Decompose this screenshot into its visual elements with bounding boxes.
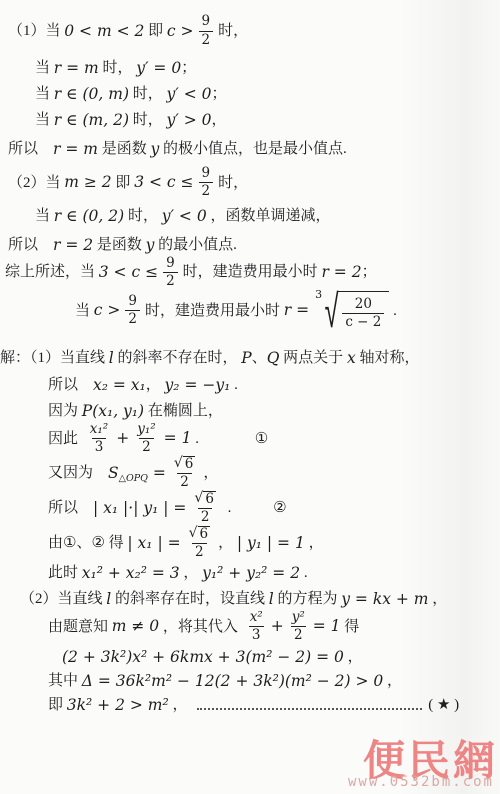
text-line: 此时 x₁² + x₂² = 3 ， y₁² + y₂² = 2 . (0, 563, 500, 584)
fraction-numerator: √6 (191, 491, 219, 509)
text-run: 当 (35, 84, 54, 104)
text-run: 所以 (48, 498, 93, 518)
text-run: 即 (48, 695, 67, 715)
text-run: 轴对称， (356, 348, 420, 368)
text-run: （2）当直线 (20, 589, 106, 609)
text-run: 时，建造费用最小时 (145, 301, 284, 321)
math-fraction: x₁²3 (87, 422, 111, 456)
text-line: 解：（1）当直线 l 的斜率不存在时， P、Q 两点关于 x 轴对称， (0, 348, 500, 369)
math-run: = 1 (164, 428, 192, 449)
math-fraction: x²3 (247, 610, 266, 644)
math-run: | y₁ | = 1 (237, 533, 305, 554)
text-line: 因为 P(x₁, y₁) 在椭圆上， (0, 401, 500, 422)
text-line: 当 r ∈ (0, 2) 时， y′ < 0 ，函数单调递减， (0, 206, 500, 227)
math-run: r = (284, 300, 309, 321)
math-run: c > (167, 21, 194, 42)
text-run: ； (362, 262, 377, 282)
math-run: r = 2 (53, 235, 93, 256)
math-fraction: 20c − 2 (342, 297, 384, 331)
math-fraction: √62 (191, 491, 219, 526)
text-line: 当 c >92时，建造费用最小时 r =3√20c − 2 . (0, 290, 500, 332)
math-run: Δ = 36k²m² − 12(2 + 3k²)(m² − 2) > 0 (82, 671, 384, 692)
text-run: ， (169, 695, 192, 715)
document-page: （1）当 0 < m < 2 即 c >92时，当 r = m 时， y′ = … (0, 0, 500, 794)
fraction-denominator: 2 (198, 508, 213, 526)
text-run: 时， (218, 173, 248, 193)
math-run: = 1 (313, 616, 341, 637)
math-run: y² (292, 610, 305, 626)
text-run: 由①、② 得 (48, 533, 127, 553)
math-run: r ∈ (0, 2) (54, 206, 124, 227)
solution-text: （1）当 0 < m < 2 即 c >92时，当 r = m 时， y′ = … (0, 14, 500, 715)
fraction-numerator: x₁² (87, 422, 111, 439)
text-run: . (191, 429, 202, 449)
text-run: 的方程为 (274, 589, 342, 609)
text-run: （2）当 (8, 173, 64, 193)
square-root: √6 (174, 456, 196, 473)
math-run: 0 < m < 2 (64, 21, 144, 42)
fraction-denominator: 2 (199, 182, 214, 200)
text-run: 时， (129, 84, 167, 104)
math-run: x₂ = x₁ (93, 375, 146, 396)
math-run: S (108, 463, 119, 484)
math-run: r = m (54, 58, 99, 79)
math-run: y (150, 139, 159, 160)
text-run: 的极小值点，也是最小值点. (159, 139, 347, 159)
radical-sign-icon: √ (194, 491, 203, 506)
text-run: 当 (35, 110, 54, 130)
text-run: . (389, 301, 397, 321)
math-run: r = 2 (321, 262, 361, 283)
math-run: y₁² (137, 422, 155, 438)
math-run: | x₁ |·| y₁ | = (93, 498, 186, 519)
fraction-numerator: x² (247, 610, 266, 627)
math-run: 3 < c ≤ (99, 262, 158, 283)
text-line: 由题意知 m ≠ 0 ，将其代入 x²3+y²2= 1 得 (0, 610, 500, 644)
text-run: 是函数 (98, 139, 151, 159)
text-line: 所以 x₂ = x₁， y₂ = −y₁ . (0, 375, 500, 396)
math-run: + (116, 428, 129, 449)
fraction-numerator: y² (289, 610, 308, 627)
text-run: 的斜率存在时，设直线 (111, 589, 269, 609)
text-run: 由题意知 (48, 617, 112, 637)
text-run: 所以 (48, 375, 93, 395)
text-run: 当 (75, 301, 94, 321)
radical-sign-icon: √ (174, 456, 183, 471)
text-line: （2）当直线 l 的斜率存在时，设直线 l 的方程为 y = kx + m ， (0, 589, 500, 610)
text-run: ； (181, 58, 196, 78)
root-index: 3 (315, 288, 322, 303)
fraction-denominator: 2 (177, 473, 192, 491)
fraction-numerator: 20 (352, 297, 375, 314)
text-run: ， (203, 463, 218, 483)
math-run: P (241, 348, 251, 369)
text-run: 所以 (8, 139, 53, 159)
fraction-numerator: 9 (125, 294, 140, 311)
text-line: 即 3k² + 2 > m² ， ( ★ ) (0, 695, 500, 716)
text-run: 因为 (48, 401, 82, 421)
math-run: x² (250, 610, 263, 626)
text-run: 又因为 (48, 463, 108, 483)
text-run: ( ★ ) (428, 695, 459, 715)
text-run: 的最小值点. (154, 235, 237, 255)
text-run: 当 (35, 206, 54, 226)
fraction-denominator: 3 (92, 438, 107, 456)
watermark-url: www.0532bm.com (348, 774, 494, 790)
math-fraction: y₁²2 (134, 422, 158, 456)
text-line: 因此 x₁²3+y₁²2= 1 . ① (0, 422, 500, 456)
math-run: r = m (53, 139, 98, 160)
text-run: 时， (129, 110, 167, 130)
text-run: ， (212, 110, 227, 130)
math-run: | x₁ | = (127, 533, 180, 554)
radicand: 6 (198, 526, 211, 543)
fraction-numerator: √6 (186, 526, 214, 544)
text-run: 解：（1）当直线 (0, 348, 109, 368)
text-run: ， (344, 647, 363, 667)
text-run: （1）当 (8, 21, 64, 41)
text-line: 所以 r = 2 是函数 y 的最小值点. (0, 235, 500, 256)
math-run: y = kx + m (341, 589, 428, 610)
text-run: ， (429, 589, 448, 609)
math-fraction: √62 (186, 526, 214, 561)
text-line: 由①、② 得 | x₁ | =√62， | y₁ | = 1 ， (0, 526, 500, 561)
text-run: . (300, 563, 308, 583)
text-run: ， (180, 563, 203, 583)
text-run: 其中 (48, 671, 82, 691)
text-run: 综上所述，当 (5, 262, 99, 282)
text-line: 所以 r = m 是函数 y 的极小值点，也是最小值点. (0, 139, 500, 160)
fraction-denominator: 2 (192, 543, 207, 561)
text-run: 、 (252, 348, 267, 368)
fraction-numerator: y₁² (134, 422, 158, 439)
fraction-denominator: c − 2 (342, 313, 384, 331)
text-run: 时， (99, 58, 137, 78)
text-line: 当 r ∈ (m, 2) 时， y′ > 0， (0, 110, 500, 131)
math-run: y′ > 0 (167, 110, 212, 131)
fraction-denominator: 2 (163, 272, 178, 290)
text-run: ， (218, 533, 237, 553)
math-run: x (347, 348, 356, 369)
fraction-numerator: 9 (199, 14, 214, 31)
text-run: ① (255, 429, 268, 449)
text-run: ② (273, 498, 286, 518)
square-root: √6 (194, 491, 216, 508)
math-run: y₁² + y₂² = 2 (202, 563, 300, 584)
math-fraction: 92 (199, 14, 214, 48)
math-run: c > (94, 300, 121, 321)
text-run: 因此 (48, 429, 82, 449)
math-run: y₂ = −y₁ (165, 375, 231, 396)
math-run: y (146, 235, 155, 256)
radical-sign-icon: √ (189, 526, 198, 541)
text-line: 当 r = m 时， y′ = 0； (0, 58, 500, 79)
text-run: ， (383, 671, 402, 691)
radicand: 6 (203, 491, 216, 508)
math-run: (2 + 3k²)x² + 6kmx + 3(m² − 2) = 0 (62, 647, 344, 668)
text-run: 时， (124, 206, 162, 226)
math-run: r ∈ (m, 2) (54, 110, 129, 131)
math-subscript: △OPQ (119, 473, 148, 486)
cube-root: 3√20c − 2 (315, 290, 389, 332)
fraction-denominator: 2 (125, 310, 140, 328)
text-run: . (224, 498, 235, 518)
text-run: 即 (112, 173, 135, 193)
text-run: 当 (35, 58, 54, 78)
math-fraction: y²2 (289, 610, 308, 644)
fraction-denominator: 2 (199, 31, 214, 49)
dotted-leader (197, 707, 422, 710)
math-run: x₁² (90, 422, 108, 438)
math-fraction: 92 (199, 166, 214, 200)
text-run: . (230, 375, 238, 395)
math-run: = (148, 463, 166, 484)
text-run: 的斜率不存在时， (114, 348, 242, 368)
math-run: y′ < 0 (167, 84, 212, 105)
radicand: 20c − 2 (337, 291, 389, 331)
square-root: √6 (189, 526, 211, 543)
math-run: P(x₁, y₁) (82, 401, 144, 422)
text-line: （1）当 0 < m < 2 即 c >92时， (0, 14, 500, 48)
math-run: r ∈ (0, m) (54, 84, 129, 105)
math-fraction: 92 (163, 256, 178, 290)
text-run: 此时 (48, 563, 82, 583)
math-run: 3k² + 2 > m² (67, 695, 169, 716)
math-run: + (271, 616, 284, 637)
math-run: m ≠ 0 (112, 616, 159, 637)
text-line: 所以 | x₁ |·| y₁ | =√62 . ② (0, 491, 500, 526)
text-line: （2）当 m ≥ 2 即 3 < c ≤92时， (0, 166, 500, 200)
text-run: ， (146, 375, 165, 395)
text-line: 当 r ∈ (0, m) 时， y′ < 0； (0, 84, 500, 105)
fraction-numerator: √6 (171, 456, 199, 474)
text-run: 即 (144, 21, 167, 41)
text-line: 又因为 S△OPQ =√62， (0, 456, 500, 491)
math-run: y′ = 0 (136, 58, 181, 79)
math-run: x₁² + x₂² = 3 (82, 563, 180, 584)
fraction-numerator: 9 (163, 256, 178, 273)
text-run: ，将其代入 (159, 617, 242, 637)
math-fraction: 92 (125, 294, 140, 328)
text-run: 时，建造费用最小时 (183, 262, 322, 282)
text-run: 是函数 (93, 235, 146, 255)
math-run: 3 < c ≤ (134, 172, 193, 193)
fraction-denominator: 2 (139, 438, 154, 456)
fraction-numerator: 9 (199, 166, 214, 183)
math-run: y′ < 0 (162, 206, 207, 227)
math-run: Q (267, 348, 280, 369)
radical-sign-icon: √ (325, 290, 339, 332)
text-run: 两点关于 (279, 348, 347, 368)
text-run: ； (212, 84, 227, 104)
text-run: 所以 (8, 235, 53, 255)
math-run: m ≥ 2 (64, 172, 111, 193)
text-line: (2 + 3k²)x² + 6kmx + 3(m² − 2) = 0 ， (0, 647, 500, 668)
text-line: 综上所述，当 3 < c ≤92时，建造费用最小时 r = 2； (0, 256, 500, 290)
radicand: 6 (183, 456, 196, 473)
fraction-denominator: 3 (249, 626, 264, 644)
text-run: 时， (218, 21, 248, 41)
text-line: 其中 Δ = 36k²m² − 12(2 + 3k²)(m² − 2) > 0 … (0, 671, 500, 692)
text-run: ， (305, 533, 324, 553)
text-run: 在椭圆上， (144, 401, 223, 421)
fraction-denominator: 2 (291, 626, 306, 644)
text-run: ，函数单调递减， (207, 206, 331, 226)
text-run: 得 (341, 617, 360, 637)
math-fraction: √62 (171, 456, 199, 491)
